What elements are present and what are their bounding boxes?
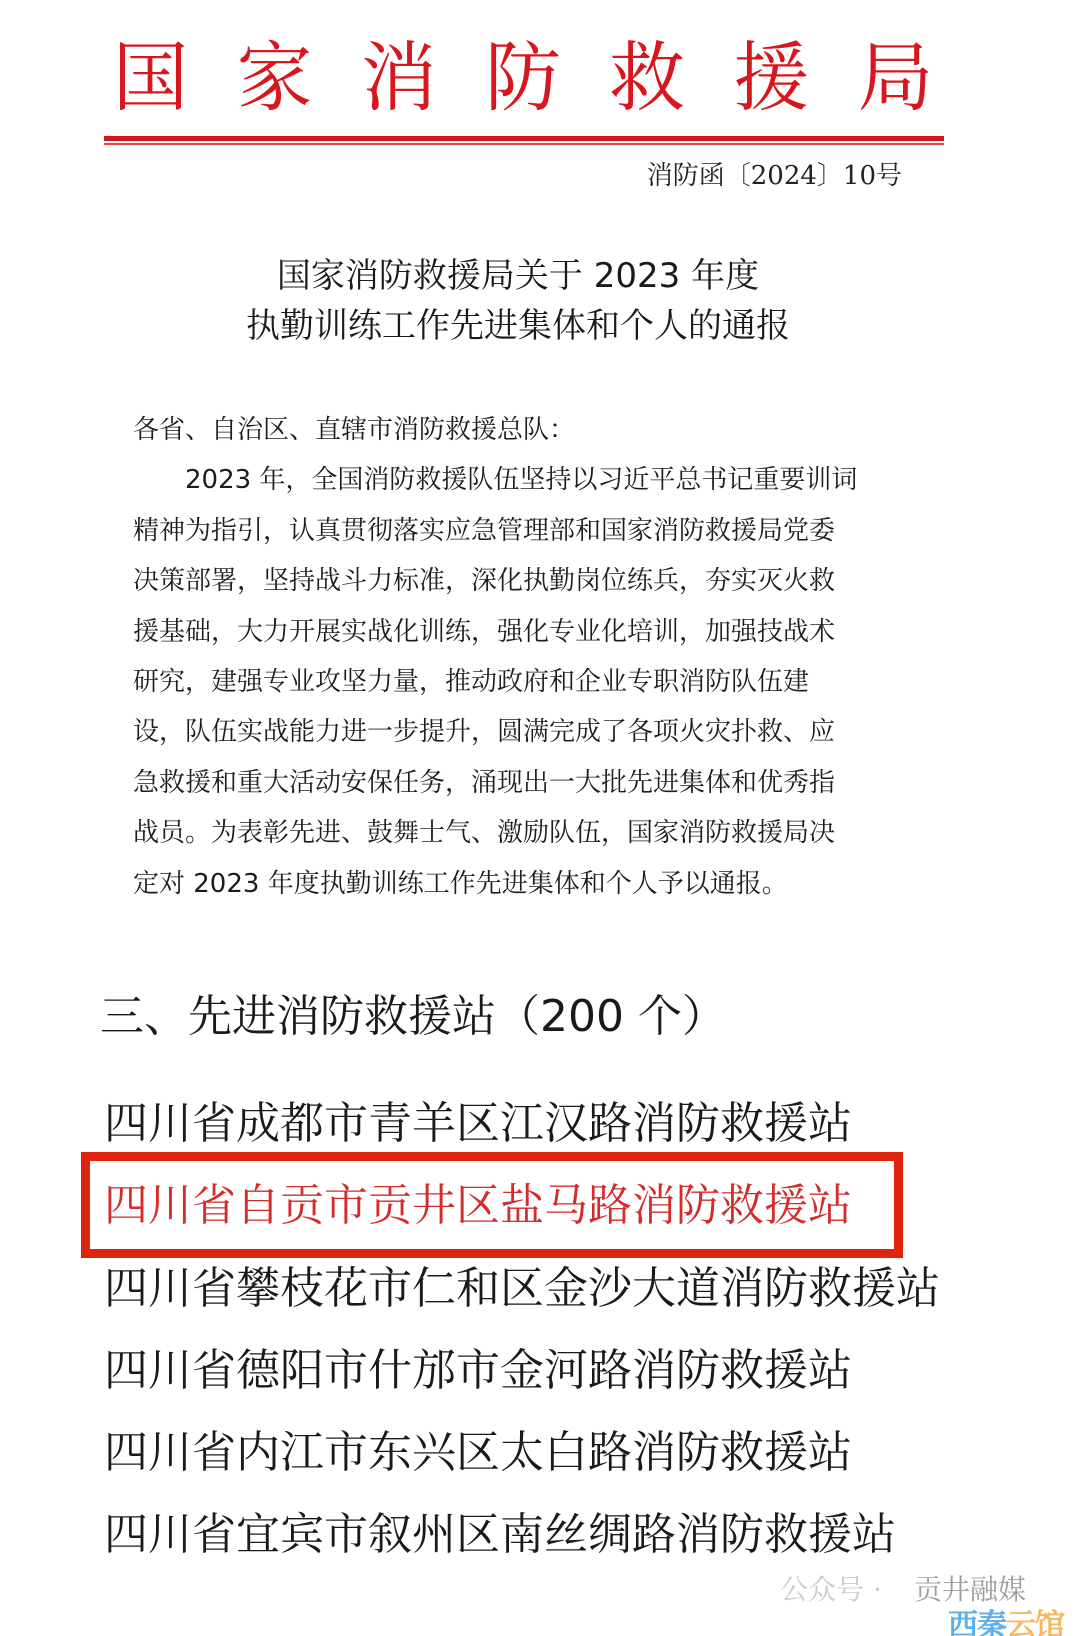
station-item: 四川省攀枝花市仁和区金沙大道消防救援站: [104, 1259, 940, 1319]
station-item: 四川省成都市青羊区江汉路消防救援站: [104, 1094, 852, 1154]
station-list: 四川省成都市青羊区江汉路消防救援站 四川省自贡市贡井区盐马路消防救援站 四川省攀…: [0, 0, 1080, 1636]
watermark-logo: 西秦云馆: [948, 1600, 1064, 1636]
station-item: 四川省内江市东兴区太白路消防救援站: [104, 1423, 852, 1483]
station-item: 四川省德阳市什邡市金河路消防救援站: [104, 1341, 852, 1401]
station-item: 四川省宜宾市叙州区南丝绸路消防救援站: [104, 1505, 896, 1565]
watermark-logo-part1: 西秦: [948, 1608, 1006, 1636]
watermark-account-prefix: 公众号 ·: [780, 1568, 882, 1608]
watermark-logo-part2: 云馆: [1006, 1608, 1064, 1636]
station-item-highlighted: 四川省自贡市贡井区盐马路消防救援站: [104, 1176, 852, 1236]
